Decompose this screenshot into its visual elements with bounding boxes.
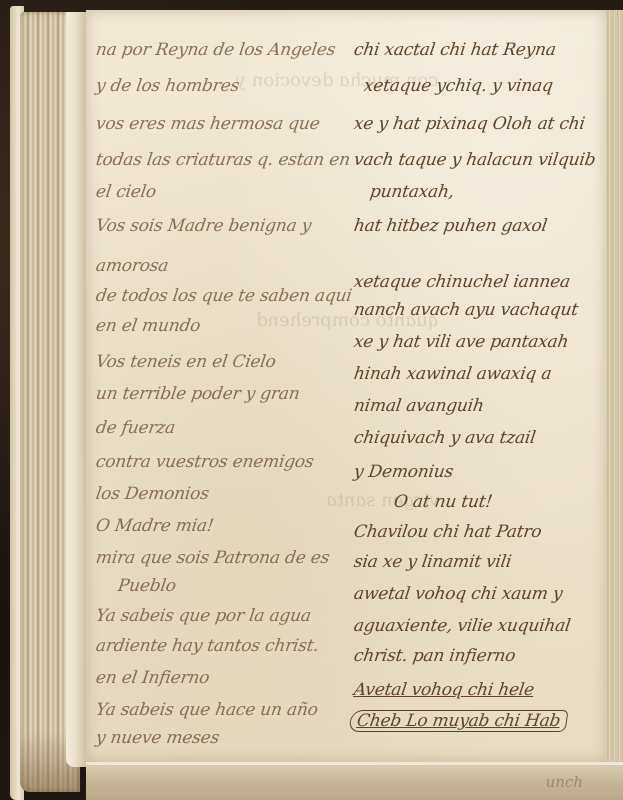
text-line: ardiente hay tantos christ.: [95, 636, 320, 656]
text-line: xetaque ychiq. y vinaq: [363, 76, 555, 96]
text-line: xe y hat pixinaq Oloh at chi: [353, 114, 587, 134]
next-page-edge: unch: [86, 762, 623, 800]
page-stack-right: [606, 10, 623, 790]
text-line: O Madre mia!: [95, 516, 215, 536]
text-line: puntaxah,: [369, 182, 456, 202]
text-line: christ. pan infierno: [353, 646, 517, 666]
text-line: O at nu tut!: [393, 492, 494, 512]
text-line: Chavilou chi hat Patro: [353, 522, 543, 542]
text-line: awetal vohoq chi xaum y: [353, 584, 564, 604]
text-line: amorosa: [95, 256, 170, 276]
text-line: en el Infierno: [95, 668, 211, 688]
text-line: contra vuestros enemigos: [95, 452, 315, 472]
text-line: mira que sois Patrona de es: [95, 548, 331, 568]
text-line: xetaque chinuchel iannea: [353, 272, 572, 292]
text-line: los Demonios: [95, 484, 211, 504]
text-line: nimal avanguih: [353, 396, 486, 416]
text-line: Ya sabeis que por la agua: [95, 606, 313, 626]
text-line: de todos los que te saben aqui: [95, 286, 353, 306]
page-gutter-curl: [66, 12, 88, 767]
text-line: el cielo: [95, 182, 158, 202]
text-line: y de los hombres: [95, 76, 241, 96]
text-line: y Demonius: [353, 462, 455, 482]
circled-text-line: Cheb Lo muyab chi Hab: [348, 710, 568, 732]
text-line: nanch avach ayu vachaqut: [353, 300, 580, 320]
text-line: vach taque y halacun vilquib: [353, 150, 597, 170]
text-line: hinah xawinal awaxiq a: [353, 364, 553, 384]
text-line: Vos teneis en el Cielo: [95, 352, 277, 372]
text-line: na por Reyna de los Angeles: [95, 40, 337, 60]
text-line: xe y hat vili ave pantaxah: [353, 332, 570, 352]
text-line: hat hitbez puhen gaxol: [353, 216, 549, 236]
text-line: de fuerza: [95, 418, 177, 438]
bottom-bleed-text: unch: [546, 773, 583, 791]
text-line: sia xe y linamit vili: [353, 552, 513, 572]
text-line: Pueblo: [117, 576, 178, 596]
text-line: Ya sabeis que hace un año: [95, 700, 320, 720]
text-line: Vos sois Madre benigna y: [95, 216, 313, 236]
text-line: vos eres mas hermosa que: [95, 114, 321, 134]
text-line: en el mundo: [95, 316, 202, 336]
text-line: todas las criaturas q. estan en: [95, 150, 352, 170]
text-line: chiquivach y ava tzail: [353, 428, 537, 448]
underlined-text-line: Avetal vohoq chi hele: [353, 680, 536, 700]
text-line: un terrible poder y gran: [95, 384, 301, 404]
text-line: aguaxiente, vilie xuquihal: [353, 616, 572, 636]
manuscript-page: con mucha devocion y quanto comprehend v…: [86, 10, 609, 762]
text-line: y nueve meses: [95, 728, 221, 748]
text-fragment: chiquivach y ava tzail: [353, 428, 537, 448]
text-line: chi xactal chi hat Reyna: [353, 40, 558, 60]
bound-volume: con mucha devocion y quanto comprehend v…: [8, 6, 623, 800]
